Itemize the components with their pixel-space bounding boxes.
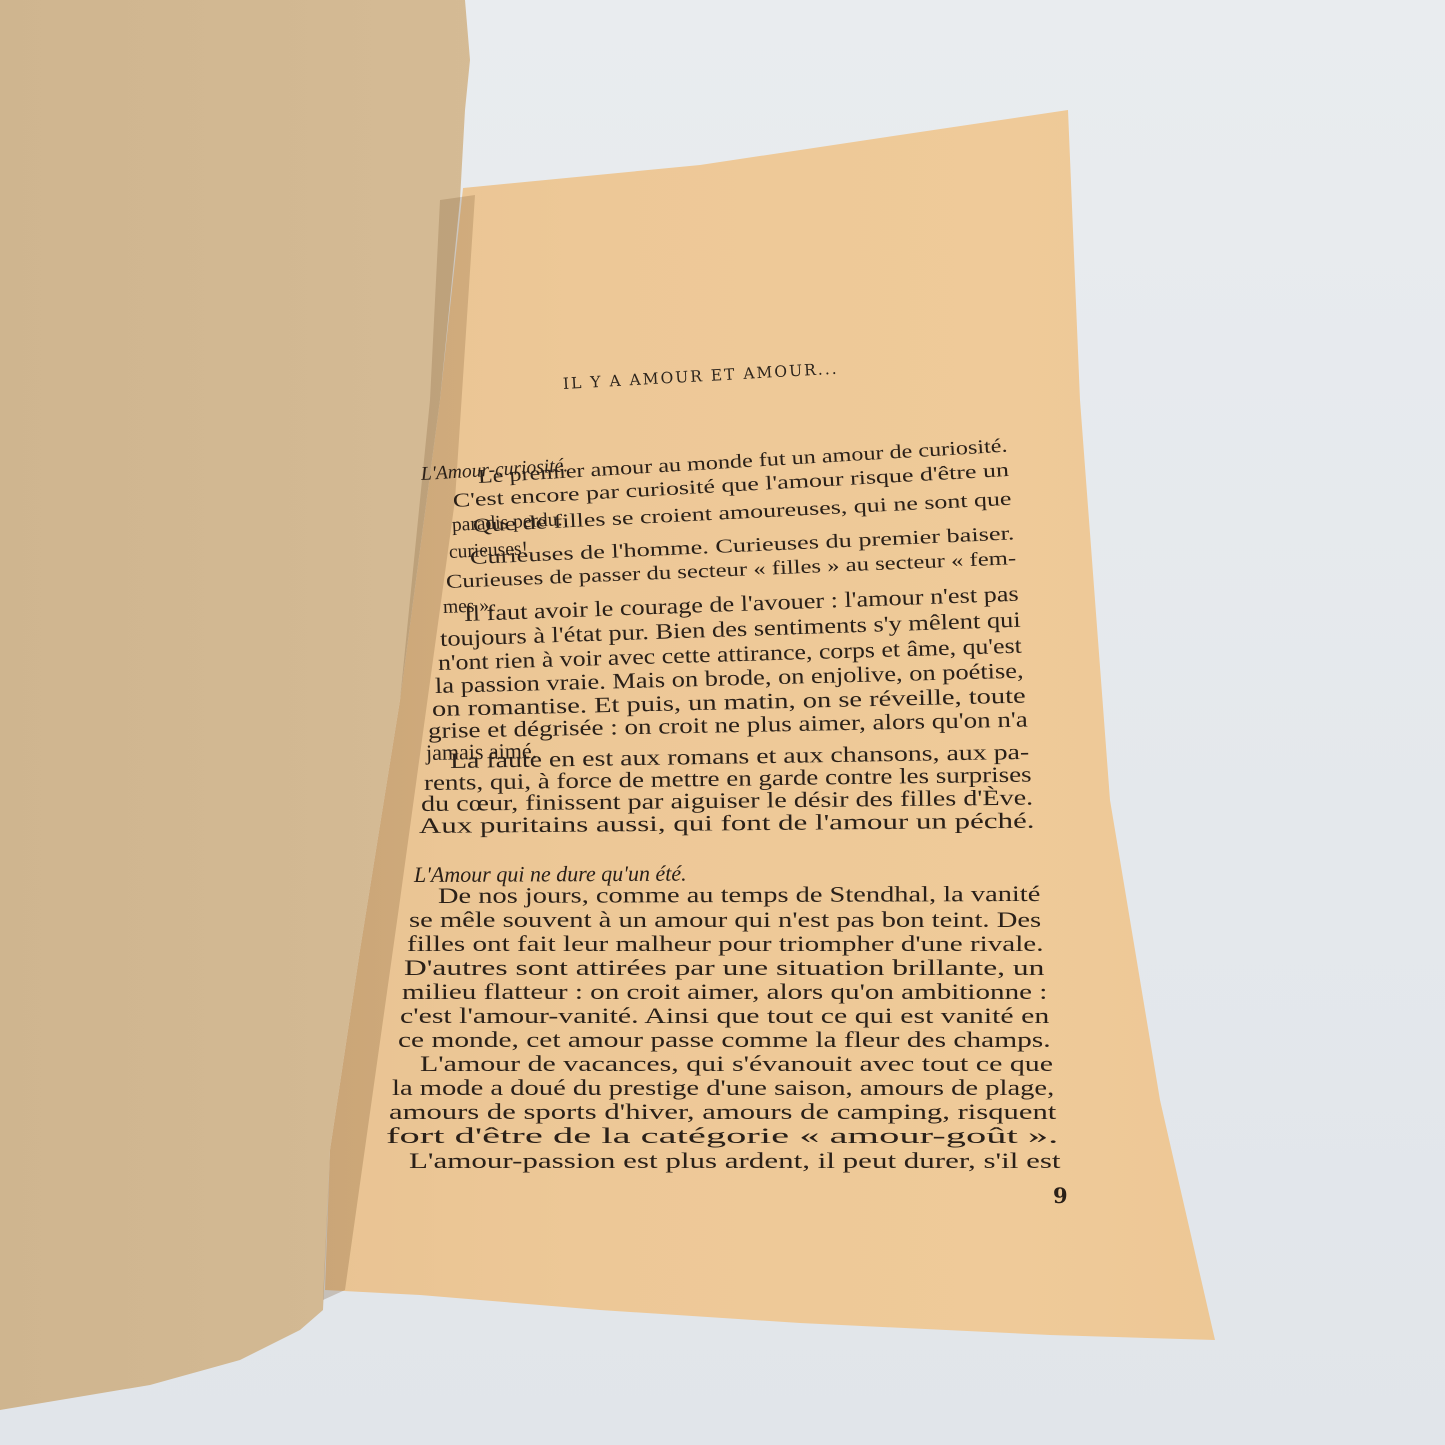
- text-line: milieu flatteur : on croit aimer, alors …: [402, 981, 1047, 1003]
- text-line: L'amour de vacances, qui s'évanouit avec…: [420, 1053, 1053, 1075]
- text-line: L'amour-passion est plus ardent, il peut…: [409, 1150, 1061, 1172]
- text-line: De nos jours, comme au temps de Stendhal…: [438, 883, 1040, 907]
- text-line: fort d'être de la catégorie « amour-goût…: [386, 1125, 1058, 1147]
- text-line: filles ont fait leur malheur pour triomp…: [407, 933, 1043, 955]
- text-line: D'autres sont attirées par une situation…: [404, 957, 1044, 979]
- page-text: IL Y A AMOUR ET AMOUR... L'Amour-curiosi…: [0, 0, 1445, 1445]
- page-number: 9: [1053, 1183, 1068, 1208]
- text-line: c'est l'amour-vanité. Ainsi que tout ce …: [400, 1005, 1049, 1027]
- chapter-title: IL Y A AMOUR ET AMOUR...: [562, 360, 838, 393]
- photo-scene: IL Y A AMOUR ET AMOUR... L'Amour-curiosi…: [0, 0, 1445, 1445]
- text-line: se mêle souvent à un amour qui n'est pas…: [409, 909, 1041, 931]
- text-line: amours de sports d'hiver, amours de camp…: [389, 1101, 1056, 1123]
- text-line: la mode a doué du prestige d'une saison,…: [392, 1077, 1054, 1099]
- text-line: Aux puritains aussi, qui font de l'amour…: [419, 810, 1035, 837]
- text-line: ce monde, cet amour passe comme la fleur…: [398, 1029, 1051, 1051]
